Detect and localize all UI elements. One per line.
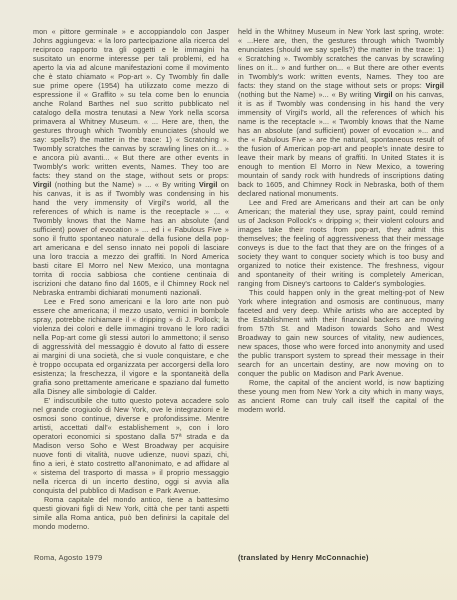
right-column-english-text: held in the Whitney Museum in New York l… <box>238 27 444 531</box>
dateline-place-date: Roma, Agosto 1979 <box>34 553 102 562</box>
paragraph-english-3: This could happen only in the great melt… <box>238 288 444 378</box>
paragraph-english-2: Lee and Fred are Americans and their art… <box>238 198 444 288</box>
paragraph-italian-4: Roma capitale del mondo antico, tiene a … <box>33 495 229 531</box>
paragraph-english-1: held in the Whitney Museum in New York l… <box>238 27 444 198</box>
two-column-text-block: mon « pittore germinale » e accoppiandol… <box>33 27 444 531</box>
paragraph-italian-3: E' indiscutibile che tutto questo poteva… <box>33 396 229 495</box>
paragraph-english-4: Rome, the capital of the ancient world, … <box>238 378 444 414</box>
translator-credit: (translated by Henry McConnachie) <box>238 553 369 562</box>
left-column-italian-text: mon « pittore germinale » e accoppiandol… <box>33 27 229 531</box>
paragraph-italian-1: mon « pittore germinale » e accoppiandol… <box>33 27 229 297</box>
paragraph-italian-2: Lee e Fred sono americani e la loro arte… <box>33 297 229 396</box>
book-page: mon « pittore germinale » e accoppiandol… <box>0 0 457 600</box>
